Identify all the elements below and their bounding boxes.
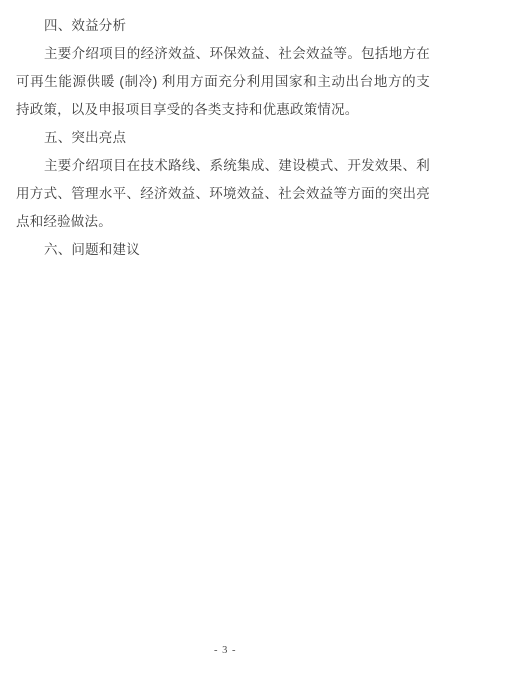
paragraph-line: 用方式、管理水平、经济效益、环境效益、社会效益等方面的突出亮 <box>16 180 430 208</box>
paragraph-line: 点和经验做法。 <box>16 208 430 236</box>
page-number: - 3 - <box>214 644 237 658</box>
section-heading-4: 四、效益分析 <box>16 12 430 40</box>
document-body: 四、效益分析 主要介绍项目的经济效益、环保效益、社会效益等。包括地方在 可再生能… <box>16 12 430 264</box>
section-heading-5: 五、突出亮点 <box>16 124 430 152</box>
document-page: 四、效益分析 主要介绍项目的经济效益、环保效益、社会效益等。包括地方在 可再生能… <box>0 0 521 675</box>
paragraph-line: 主要介绍项目的经济效益、环保效益、社会效益等。包括地方在 <box>16 40 430 68</box>
paragraph-line: 持政策，以及申报项目享受的各类支持和优惠政策情况。 <box>16 96 430 124</box>
paragraph-line: 可再生能源供暖 (制冷) 利用方面充分利用国家和主动出台地方的支 <box>16 68 430 96</box>
section-heading-6: 六、问题和建议 <box>16 236 430 264</box>
paragraph-line: 主要介绍项目在技术路线、系统集成、建设模式、开发效果、利 <box>16 152 430 180</box>
